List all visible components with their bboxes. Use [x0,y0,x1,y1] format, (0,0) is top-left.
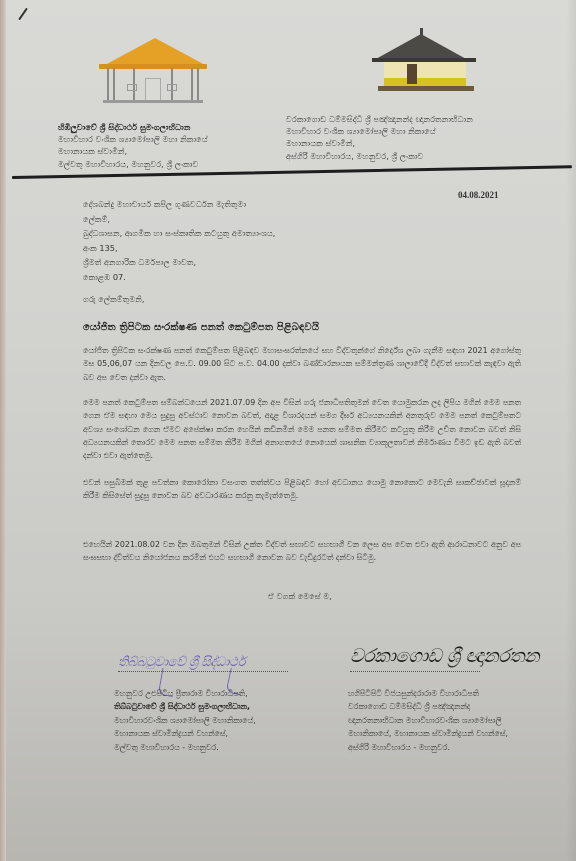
signatory-line: තිබ්බටුවාවේ ශ්‍රී සිද්ධාර්ථ සුමංගලාභිධාන… [114,700,256,713]
recipient-line: අංක 135, [83,241,275,256]
signatory-line: මහනුවර උළුපිටිය ප්‍රීතාරාම විහාරාධිපති, [114,687,256,700]
signature-handwriting: වරකාගොඩ ශ්‍රී ඥානරතන [350,645,539,667]
address-line: වරකාගොඩ ධම්මසිද්ධි ශ්‍රී පඤ්ඤානන්ද ඥානරත… [286,113,473,125]
signatory-line: මල්වතු මහාවිහාරය - මහනුවර. [114,741,256,754]
temple-band [384,78,466,86]
signatory-line: හගිපිටිපිටි විජයසුන්දරාරාම විහාරාධිපති [348,687,508,700]
address-line: මහානායක ස්වාමීන්, [286,137,473,149]
body-paragraph: එවන් පසුබිමක් තුළ පවත්නා කොරෝනා වසංගත තත… [83,476,521,503]
temple-pillar [191,68,193,102]
address-line: මල්වතු මහාවිහාරය, මහනුවර, ශ්‍රී ලංකාව [58,158,208,170]
signature-dotted-line [118,671,288,672]
temple-window [167,84,177,91]
body-paragraph: එහෙයින් 2021.08.02 වන දින ඔබතුමන් විසින්… [83,538,521,565]
recipient-line: බුද්ධශාසන, ආගමික හා සංස්කෘතික කටයුතු අමා… [83,226,275,241]
letterhead-left-address: හිඹිලුවාවේ ශ්‍රී සිද්ධාර්ථ සුමංගලාභිධාන … [58,121,208,170]
temple-door [407,64,417,84]
recipient-line: කොළඹ 07. [83,270,275,285]
address-line: මහාවිහාර වංශික ශ්‍යාමෝපාලි මහා නිකායේ [58,133,208,145]
signature-dotted-line [350,671,480,672]
signatory-line: අස්ගිරි මහාවිහාරය - මහනුවර. [348,741,508,754]
pen-mark [18,8,28,21]
left-signatory-block: මහනුවර උළුපිටිය ප්‍රීතාරාම විහාරාධිපති, … [114,687,256,754]
recipient-line: ශ්‍රීමත් අනගාරික ධර්මපාල මාවත, [83,255,275,270]
body-paragraph: යෝජිත ත්‍රිපිටක සංරක්ෂණ පනත් කෙටුම්පත පි… [83,344,521,384]
salutation: ගරු ලේකම්තුමනි, [83,294,144,305]
temple-pillar [107,68,109,102]
right-signatory-block: හගිපිටිපිටි විජයසුන්දරාරාම විහාරාධිපති ව… [348,687,508,754]
page-edge [0,0,6,861]
subject-heading: යෝජිත ත්‍රිපිටක සංරක්ෂණ පනත් කෙටුම්පත පි… [83,322,319,333]
address-line: අස්ගිරි මහාවිහාරය, මහනුවර, ශ්‍රී ලංකාව [286,150,473,162]
signature-handwriting: තිබ්බටුවාවේ ශ්‍රී සිද්ධාර්ථ [118,655,245,670]
closing-line: ඒ වගක් මෙසේ ම, [268,591,332,602]
address-line: මහාවිහාර වංශික ශ්‍යාමෝපාලි මහා නිකායේ [286,125,473,137]
temple-base [103,100,203,103]
temple-pillar [197,68,199,102]
signatory-line: ඥානරතනාභිධාන මහාවිහාරවංශික ශ්‍යාමෝපාලි [348,714,508,727]
signatory-line: මහානිකායේ, මහානායක ස්වාමීන්ද්‍රයන් වහන්ස… [348,727,508,740]
signatory-line: මහානායක ස්වාමීන්ද්‍රයන් වහන්සේ, [114,727,256,740]
address-line: මහානායක ස්වාමීන්, [58,145,208,157]
temple-roof [374,34,468,60]
body-paragraph: මෙම පනත් කෙටුම්පත සම්බන්ධයෙන් 2021.07.09… [83,396,521,462]
right-temple-illustration [370,28,480,100]
temple-roof [103,38,207,66]
right-signature: වරකාගොඩ ශ්‍රී ඥානරතන [350,645,576,685]
signatory-line: වරකාගොඩ ධම්මසිද්ධි ශ්‍රී පඤ්ඤානන්ද [348,700,508,713]
temple-window [127,84,137,91]
temple-plinth [378,86,474,91]
letter-date: 04.08.2021 [458,190,499,200]
left-temple-illustration [95,38,215,108]
temple-pillar [113,68,115,102]
letterhead-right-address: වරකාගොඩ ධම්මසිද්ධි ශ්‍රී පඤ්ඤානන්ද ඥානරත… [286,113,473,162]
signatory-line: මහාවිහාරවංශික ශ්‍යාමෝපාලි මහානිකායේ, [114,714,256,727]
recipient-address: දේශබන්දු මහාචාර්ය කපිල ගුණවර්ධන මැතිතුමා… [83,197,275,285]
recipient-line: දේශබන්දු මහාචාර්ය කපිල ගුණවර්ධන මැතිතුමා [83,197,275,212]
temple-door [145,78,161,102]
recipient-line: ලේකම්, [83,212,275,227]
address-line: හිඹිලුවාවේ ශ්‍රී සිද්ධාර්ථ සුමංගලාභිධාන [58,121,208,133]
page-shadow [566,0,576,861]
